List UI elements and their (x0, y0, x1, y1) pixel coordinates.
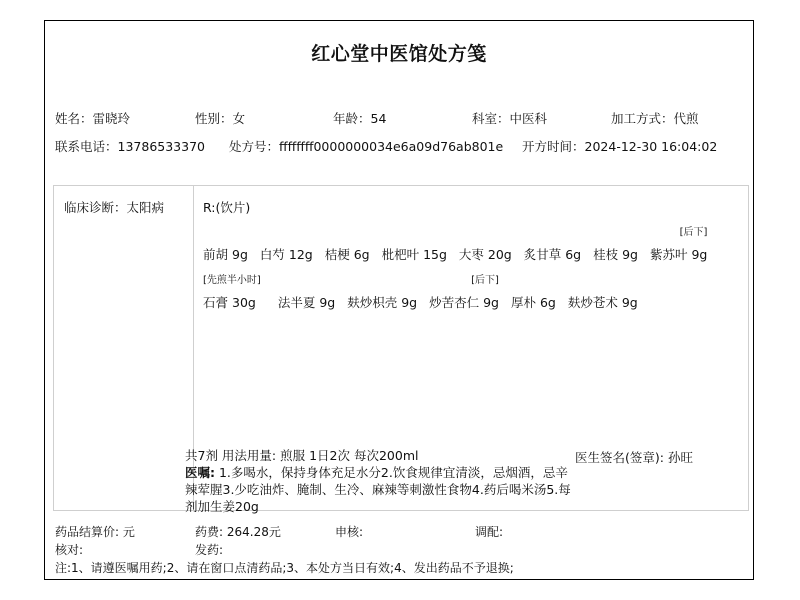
review: 申核: (335, 523, 363, 540)
herb-item: [后下]炒苦杏仁 9g (429, 293, 499, 311)
herb-item: 法半夏 9g (278, 293, 335, 311)
check-label: 核对: (55, 543, 83, 557)
patient-gender: 性别：女 (195, 109, 245, 127)
review-label: 申核: (335, 525, 363, 539)
processing-method: 加工方式：代煎 (611, 109, 699, 127)
dispense-label: 调配: (475, 525, 503, 539)
prescription-number-value: ffffffff0000000034e6a09d76ab801e (279, 139, 503, 154)
herb-note: [先煎半小时] (203, 271, 261, 286)
doctor-signature-label: 医生签名(签章): (575, 450, 664, 465)
department-label: 科室： (472, 111, 510, 126)
patient-name-label: 姓名： (55, 111, 93, 126)
herb-item: 厚朴 6g (511, 293, 556, 311)
diagnosis-label: 临床诊断： (64, 200, 127, 215)
herb-note: [后下] (471, 271, 499, 286)
doctor-signature: 医生签名(签章): 孙旺 (575, 448, 693, 466)
patient-phone-label: 联系电话： (55, 139, 118, 154)
notice: 注:1、请遵医嘱用药;2、请在窗口点清药品;3、本处方当日有效;4、发出药品不予… (55, 559, 514, 576)
fee-value: 264.28元 (227, 525, 281, 539)
diagnosis-value: 太阳病 (127, 200, 165, 215)
dispense: 调配: (475, 523, 503, 540)
herb-row-2: [先煎半小时]石膏 30g 法半夏 9g 麸炒枳壳 9g [后下]炒苦杏仁 9g… (203, 293, 646, 311)
settlement-label: 药品结算价: (55, 525, 119, 539)
prescription-time: 开方时间：2024-12-30 16:04:02 (522, 137, 717, 155)
herb-item: 桂枝 9g (593, 245, 638, 263)
herb-item: 前胡 9g (203, 245, 248, 263)
prescription-number-label: 处方号： (229, 139, 279, 154)
drug-fee: 药费: 264.28元 (195, 523, 281, 540)
prescription-sheet: 红心堂中医馆处方笺 姓名：雷晓玲 性别：女 年龄：54 科室：中医科 加工方式：… (44, 20, 754, 580)
fee-label: 药费: (195, 525, 223, 539)
herb-item: 枇杷叶 15g (382, 245, 447, 263)
usage-dosage: 共7剂 用法用量: 煎服 1日2次 每次200ml (185, 447, 575, 464)
page-title: 红心堂中医馆处方笺 (45, 39, 753, 66)
patient-gender-label: 性别： (195, 111, 233, 126)
herb-item: [先煎半小时]石膏 30g (203, 293, 256, 311)
processing-method-value: 代煎 (674, 111, 699, 126)
patient-name: 姓名：雷晓玲 (55, 109, 130, 127)
prescription-time-label: 开方时间： (522, 139, 585, 154)
issue: 发药: (195, 541, 223, 558)
prescription-number: 处方号：ffffffff0000000034e6a09d76ab801e (229, 137, 503, 155)
settlement-value: 元 (123, 525, 135, 539)
patient-phone: 联系电话：13786533370 (55, 137, 205, 155)
herb-item: 白芍 12g (260, 245, 313, 263)
check: 核对: (55, 541, 83, 558)
usage-advice-block: 共7剂 用法用量: 煎服 1日2次 每次200ml 医嘱: 1.多喝水，保持身体… (185, 447, 575, 515)
processing-method-label: 加工方式： (611, 111, 674, 126)
settlement-price: 药品结算价: 元 (55, 523, 135, 540)
patient-age-label: 年龄： (333, 111, 371, 126)
herb-note: [后下] (680, 223, 708, 238)
herb-item: 大枣 20g (459, 245, 512, 263)
department-value: 中医科 (510, 111, 548, 126)
patient-phone-value: 13786533370 (118, 139, 205, 154)
herb-item: 桔梗 6g (325, 245, 370, 263)
herb-item: 麸炒枳壳 9g (347, 293, 417, 311)
doctor-name: 孙旺 (668, 450, 693, 465)
herb-item: [后下]紫苏叶 9g (650, 245, 707, 263)
medical-advice: 医嘱: 1.多喝水，保持身体充足水分2.饮食规律宜清淡，忌烟酒，忌辛辣荤腥3.少… (185, 464, 575, 515)
patient-name-value: 雷晓玲 (93, 111, 131, 126)
prescription-type: R:(饮片) (203, 198, 250, 216)
herb-item: 炙甘草 6g (524, 245, 581, 263)
prescription-time-value: 2024-12-30 16:04:02 (585, 139, 718, 154)
patient-age-value: 54 (371, 111, 387, 126)
issue-label: 发药: (195, 543, 223, 557)
advice-text: 1.多喝水，保持身体充足水分2.饮食规律宜清淡，忌烟酒，忌辛辣荤腥3.少吃油炸、… (185, 465, 571, 514)
patient-gender-value: 女 (233, 111, 246, 126)
patient-age: 年龄：54 (333, 109, 386, 127)
clinical-diagnosis: 临床诊断：太阳病 (64, 198, 164, 216)
herb-row-1: 前胡 9g 白芍 12g 桔梗 6g 枇杷叶 15g 大枣 20g 炙甘草 6g… (203, 245, 715, 263)
department: 科室：中医科 (472, 109, 547, 127)
advice-label: 医嘱: (185, 465, 215, 480)
herb-item: 麸炒苍术 9g (568, 293, 638, 311)
